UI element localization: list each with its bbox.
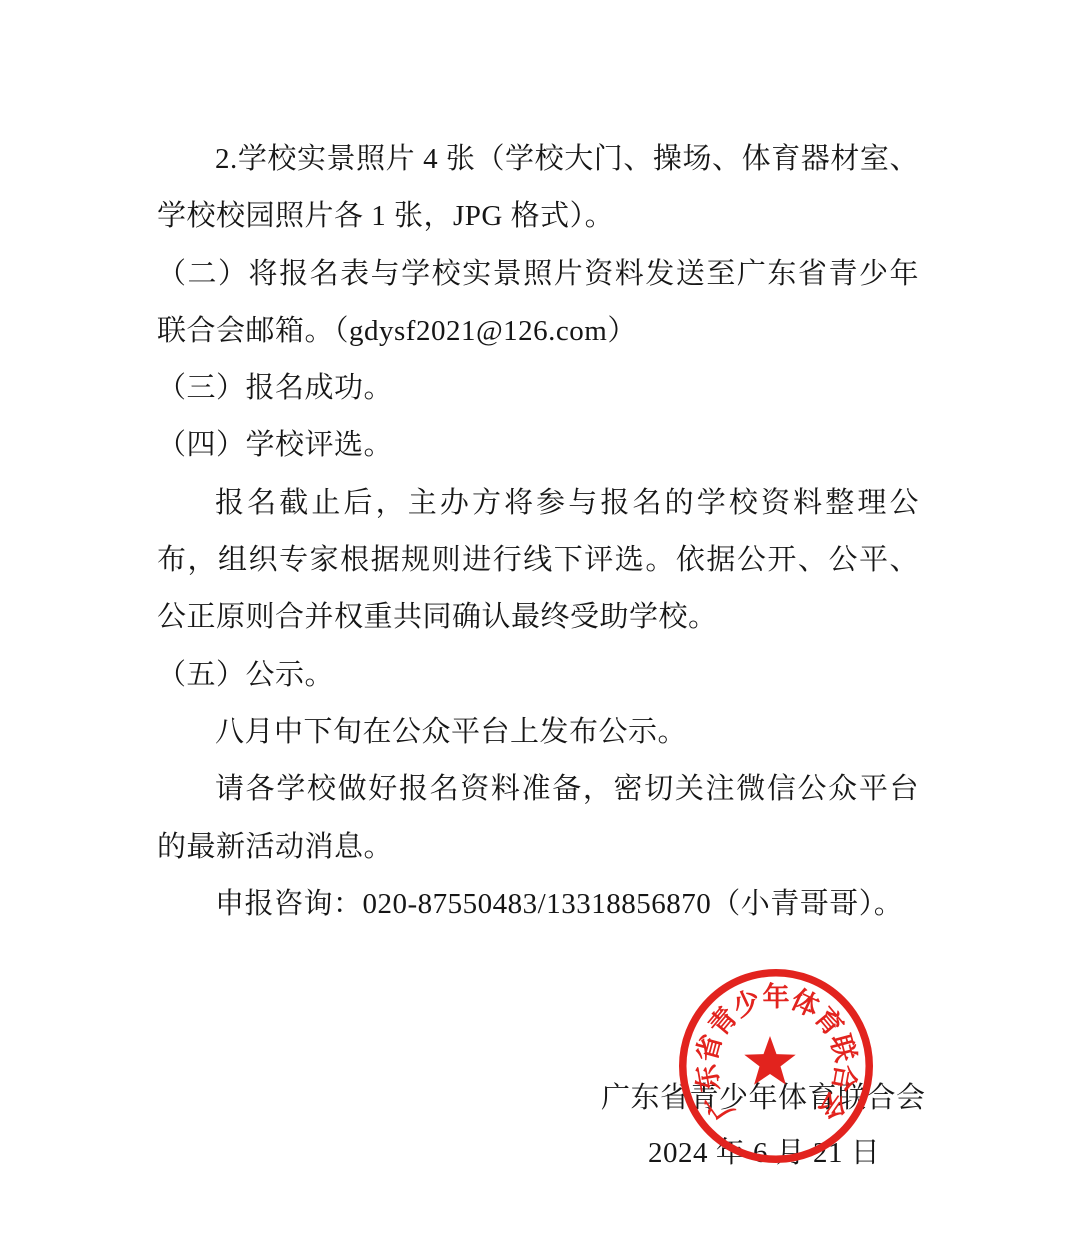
seal-arc-text: 广 东 省 青 少 年 体 育 联 合 会 [691, 981, 862, 1125]
paragraph-evaluation: 报名截止后，主办方将参与报名的学校资料整理公布，组织专家根据规则进行线下评选。依… [157, 475, 919, 647]
document-page: 2.学校实景照片 4 张（学校大门、操场、体育器材室、学校校园照片各 1 张，J… [0, 0, 1080, 1259]
official-seal: 广 东 省 青 少 年 体 育 联 合 会 [666, 956, 886, 1176]
seal-char: 东 [691, 1062, 725, 1094]
seal-char: 年 [763, 981, 790, 1012]
paragraph-item-5: （五）公示。 [157, 647, 919, 704]
paragraph-item-4: （四）学校评选。 [157, 417, 919, 474]
paragraph-reminder: 请各学校做好报名资料准备，密切关注微信公众平台的最新活动消息。 [157, 761, 919, 876]
paragraph-publicity: 八月中下旬在公众平台上发布公示。 [157, 704, 919, 761]
paragraph-item-3: （三）报名成功。 [157, 360, 919, 417]
paragraph-photos: 2.学校实景照片 4 张（学校大门、操场、体育器材室、学校校园照片各 1 张，J… [157, 131, 919, 246]
paragraph-item-2: （二）将报名表与学校实景照片资料发送至广东省青少年联合会邮箱。（gdysf202… [157, 246, 919, 361]
paragraph-contact: 申报咨询：020-87550483/13318856870（小青哥哥）。 [157, 876, 919, 933]
seal-star-icon [744, 1036, 795, 1085]
document-body: 2.学校实景照片 4 张（学校大门、操场、体育器材室、学校校园照片各 1 张，J… [157, 131, 919, 933]
